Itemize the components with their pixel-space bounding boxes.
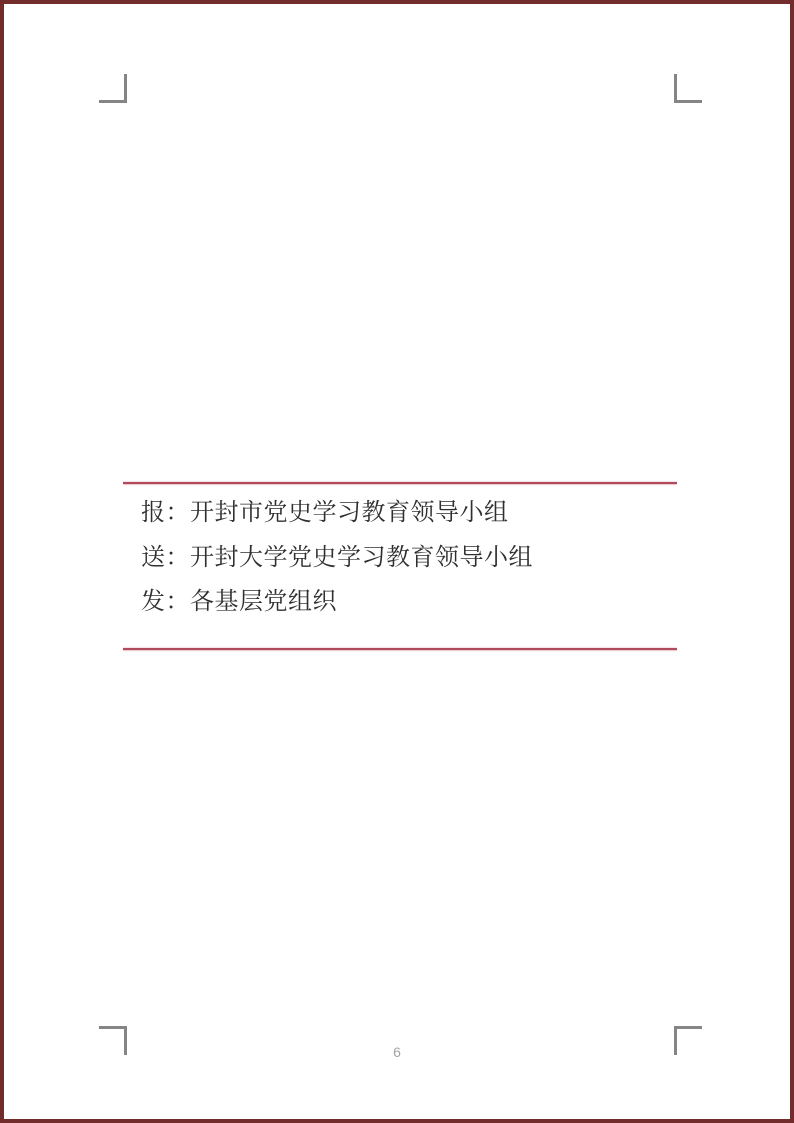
document-page: 报：开封市党史学习教育领导小组 送：开封大学党史学习教育领导小组 发：各基层党组…	[0, 0, 794, 1123]
distribution-line-fa: 发：各基层党组织	[141, 588, 337, 616]
distribution-rule-bottom	[123, 648, 677, 650]
crop-mark-top-left-icon	[99, 74, 127, 103]
distribution-label: 发：	[141, 588, 190, 616]
distribution-label: 报：	[141, 499, 190, 527]
page-number: 6	[4, 1044, 790, 1060]
distribution-label: 送：	[141, 544, 190, 572]
distribution-value: 开封市党史学习教育领导小组	[190, 499, 509, 527]
distribution-value: 各基层党组织	[190, 588, 337, 616]
distribution-line-bao: 报：开封市党史学习教育领导小组	[141, 499, 509, 527]
distribution-line-song: 送：开封大学党史学习教育领导小组	[141, 544, 533, 572]
distribution-rule-top	[123, 482, 677, 484]
crop-mark-top-right-icon	[674, 74, 702, 103]
distribution-value: 开封大学党史学习教育领导小组	[190, 544, 533, 572]
